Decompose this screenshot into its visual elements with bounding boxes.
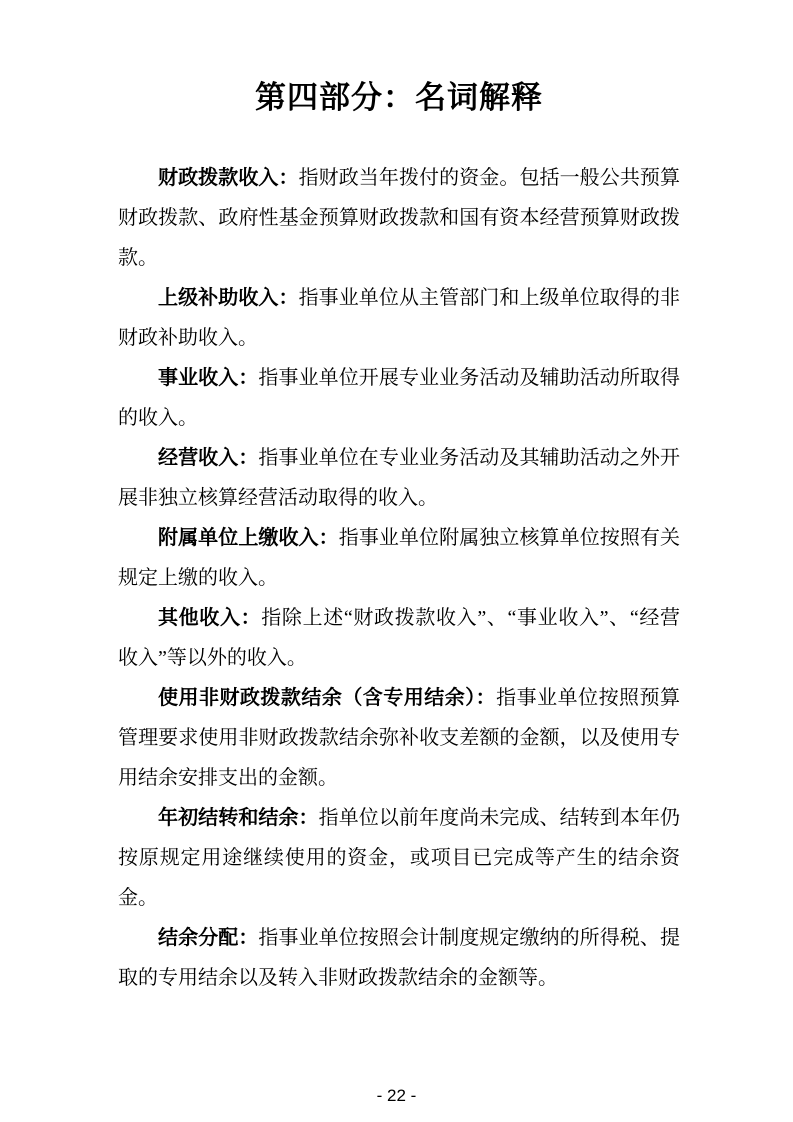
page-title: 第四部分：名词解释 — [118, 78, 680, 118]
definition-paragraph: 其他收入：指除上述“财政拨款收入”、“事业收入”、“经营收入”等以外的收入。 — [118, 598, 680, 678]
term-name: 上级补助收入： — [158, 287, 299, 309]
definition-paragraph: 上级补助收入：指事业单位从主管部门和上级单位取得的非财政补助收入。 — [118, 278, 680, 358]
term-name: 事业收入： — [158, 367, 258, 389]
term-name: 附属单位上缴收入： — [158, 527, 339, 549]
definition-paragraph: 附属单位上缴收入：指事业单位附属独立核算单位按照有关规定上缴的收入。 — [118, 518, 680, 598]
term-name: 结余分配： — [158, 927, 258, 949]
term-name: 财政拨款收入： — [158, 167, 299, 189]
term-name: 年初结转和结余： — [158, 807, 319, 829]
term-name: 其他收入： — [158, 607, 261, 629]
definitions-list: 财政拨款收入：指财政当年拨付的资金。包括一般公共预算财政拨款、政府性基金预算财政… — [118, 158, 680, 998]
term-name: 使用非财政拨款结余（含专用结余）： — [158, 687, 496, 709]
definition-paragraph: 结余分配：指事业单位按照会计制度规定缴纳的所得税、提取的专用结余以及转入非财政拨… — [118, 918, 680, 998]
definition-paragraph: 使用非财政拨款结余（含专用结余）：指事业单位按照预算管理要求使用非财政拨款结余弥… — [118, 678, 680, 798]
document-page: 第四部分：名词解释 财政拨款收入：指财政当年拨付的资金。包括一般公共预算财政拨款… — [0, 0, 793, 1122]
page-number: - 22 - — [0, 1086, 793, 1106]
definition-paragraph: 财政拨款收入：指财政当年拨付的资金。包括一般公共预算财政拨款、政府性基金预算财政… — [118, 158, 680, 278]
definition-paragraph: 年初结转和结余：指单位以前年度尚未完成、结转到本年仍按原规定用途继续使用的资金，… — [118, 798, 680, 918]
definition-paragraph: 事业收入：指事业单位开展专业业务活动及辅助活动所取得的收入。 — [118, 358, 680, 438]
term-name: 经营收入： — [158, 447, 258, 469]
definition-paragraph: 经营收入：指事业单位在专业业务活动及其辅助活动之外开展非独立核算经营活动取得的收… — [118, 438, 680, 518]
